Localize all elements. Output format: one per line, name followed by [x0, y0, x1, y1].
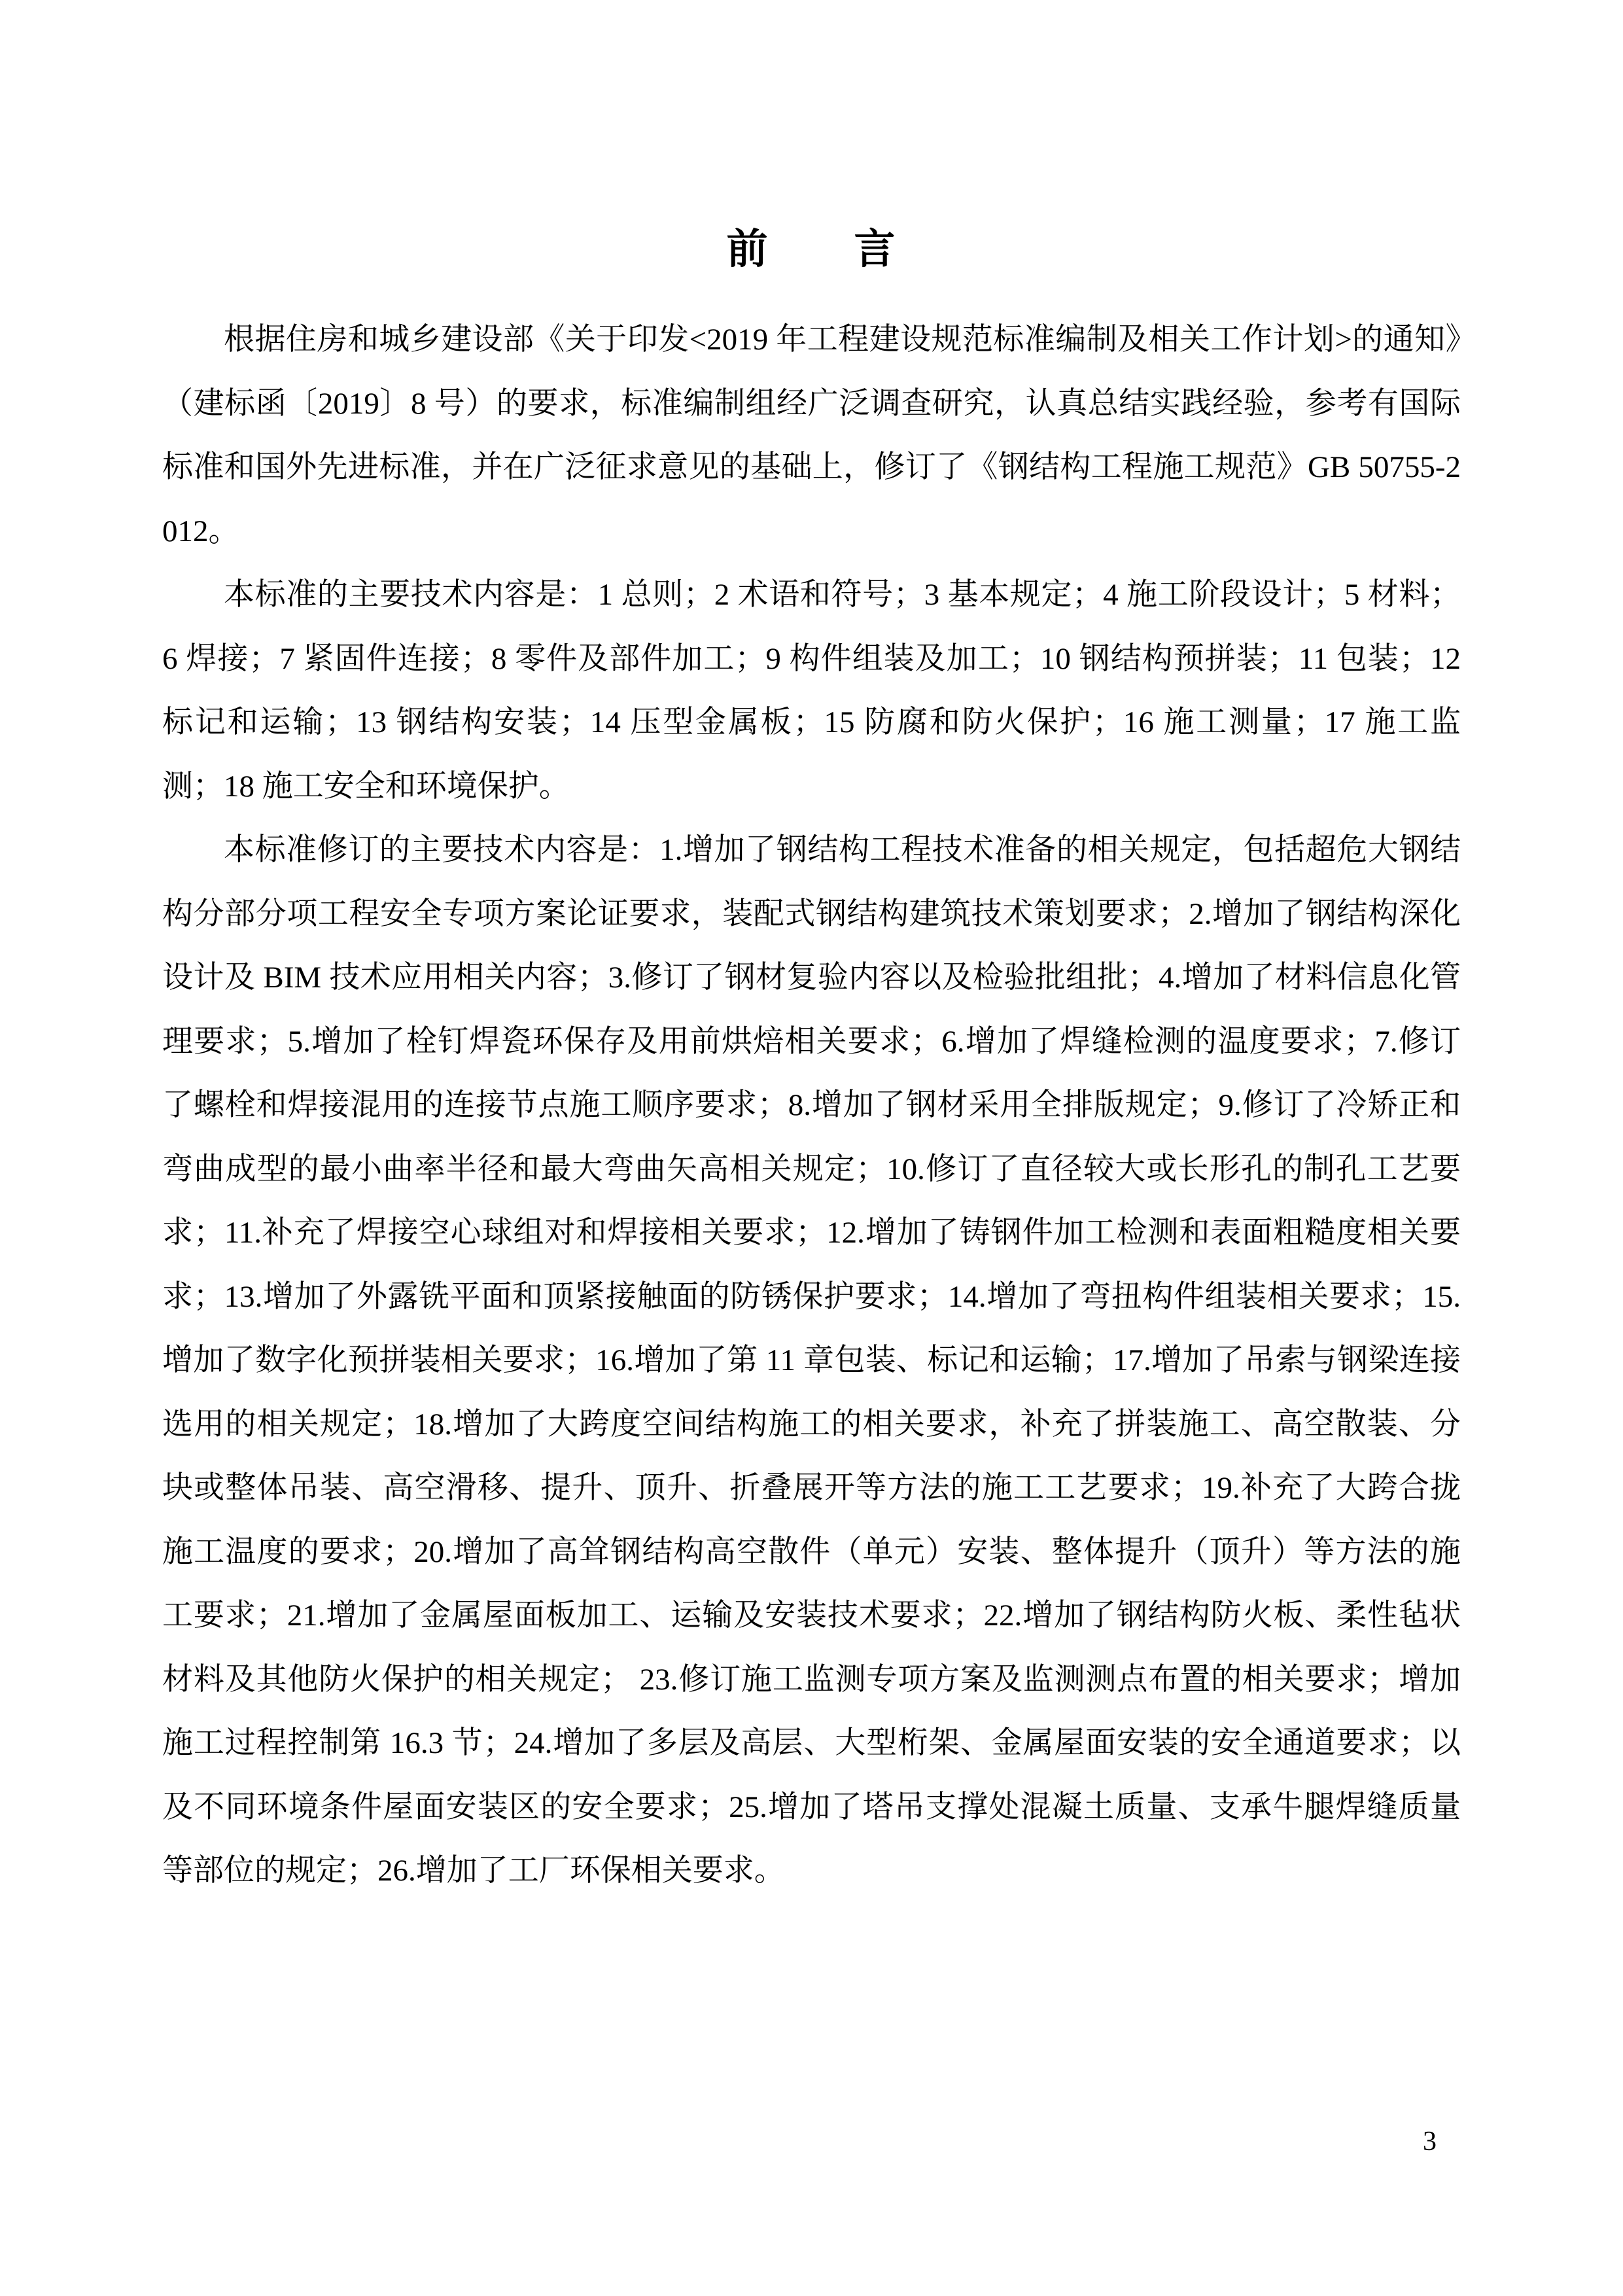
document-body: 根据住房和城乡建设部《关于印发<2019 年工程建设规范标准编制及相关工作计划>… [162, 308, 1461, 1903]
document-page: 前 言 根据住房和城乡建设部《关于印发<2019 年工程建设规范标准编制及相关工… [0, 0, 1623, 2296]
page-title: 前 言 [162, 229, 1461, 270]
page-number: 3 [1423, 2128, 1437, 2155]
paragraph-revision-contents: 本标准修订的主要技术内容是：1.增加了钢结构工程技术准备的相关规定，包括超危大钢… [162, 819, 1461, 1903]
paragraph-main-contents: 本标准的主要技术内容是：1 总则；2 术语和符号；3 基本规定；4 施工阶段设计… [162, 563, 1461, 819]
paragraph-basis: 根据住房和城乡建设部《关于印发<2019 年工程建设规范标准编制及相关工作计划>… [162, 308, 1461, 563]
